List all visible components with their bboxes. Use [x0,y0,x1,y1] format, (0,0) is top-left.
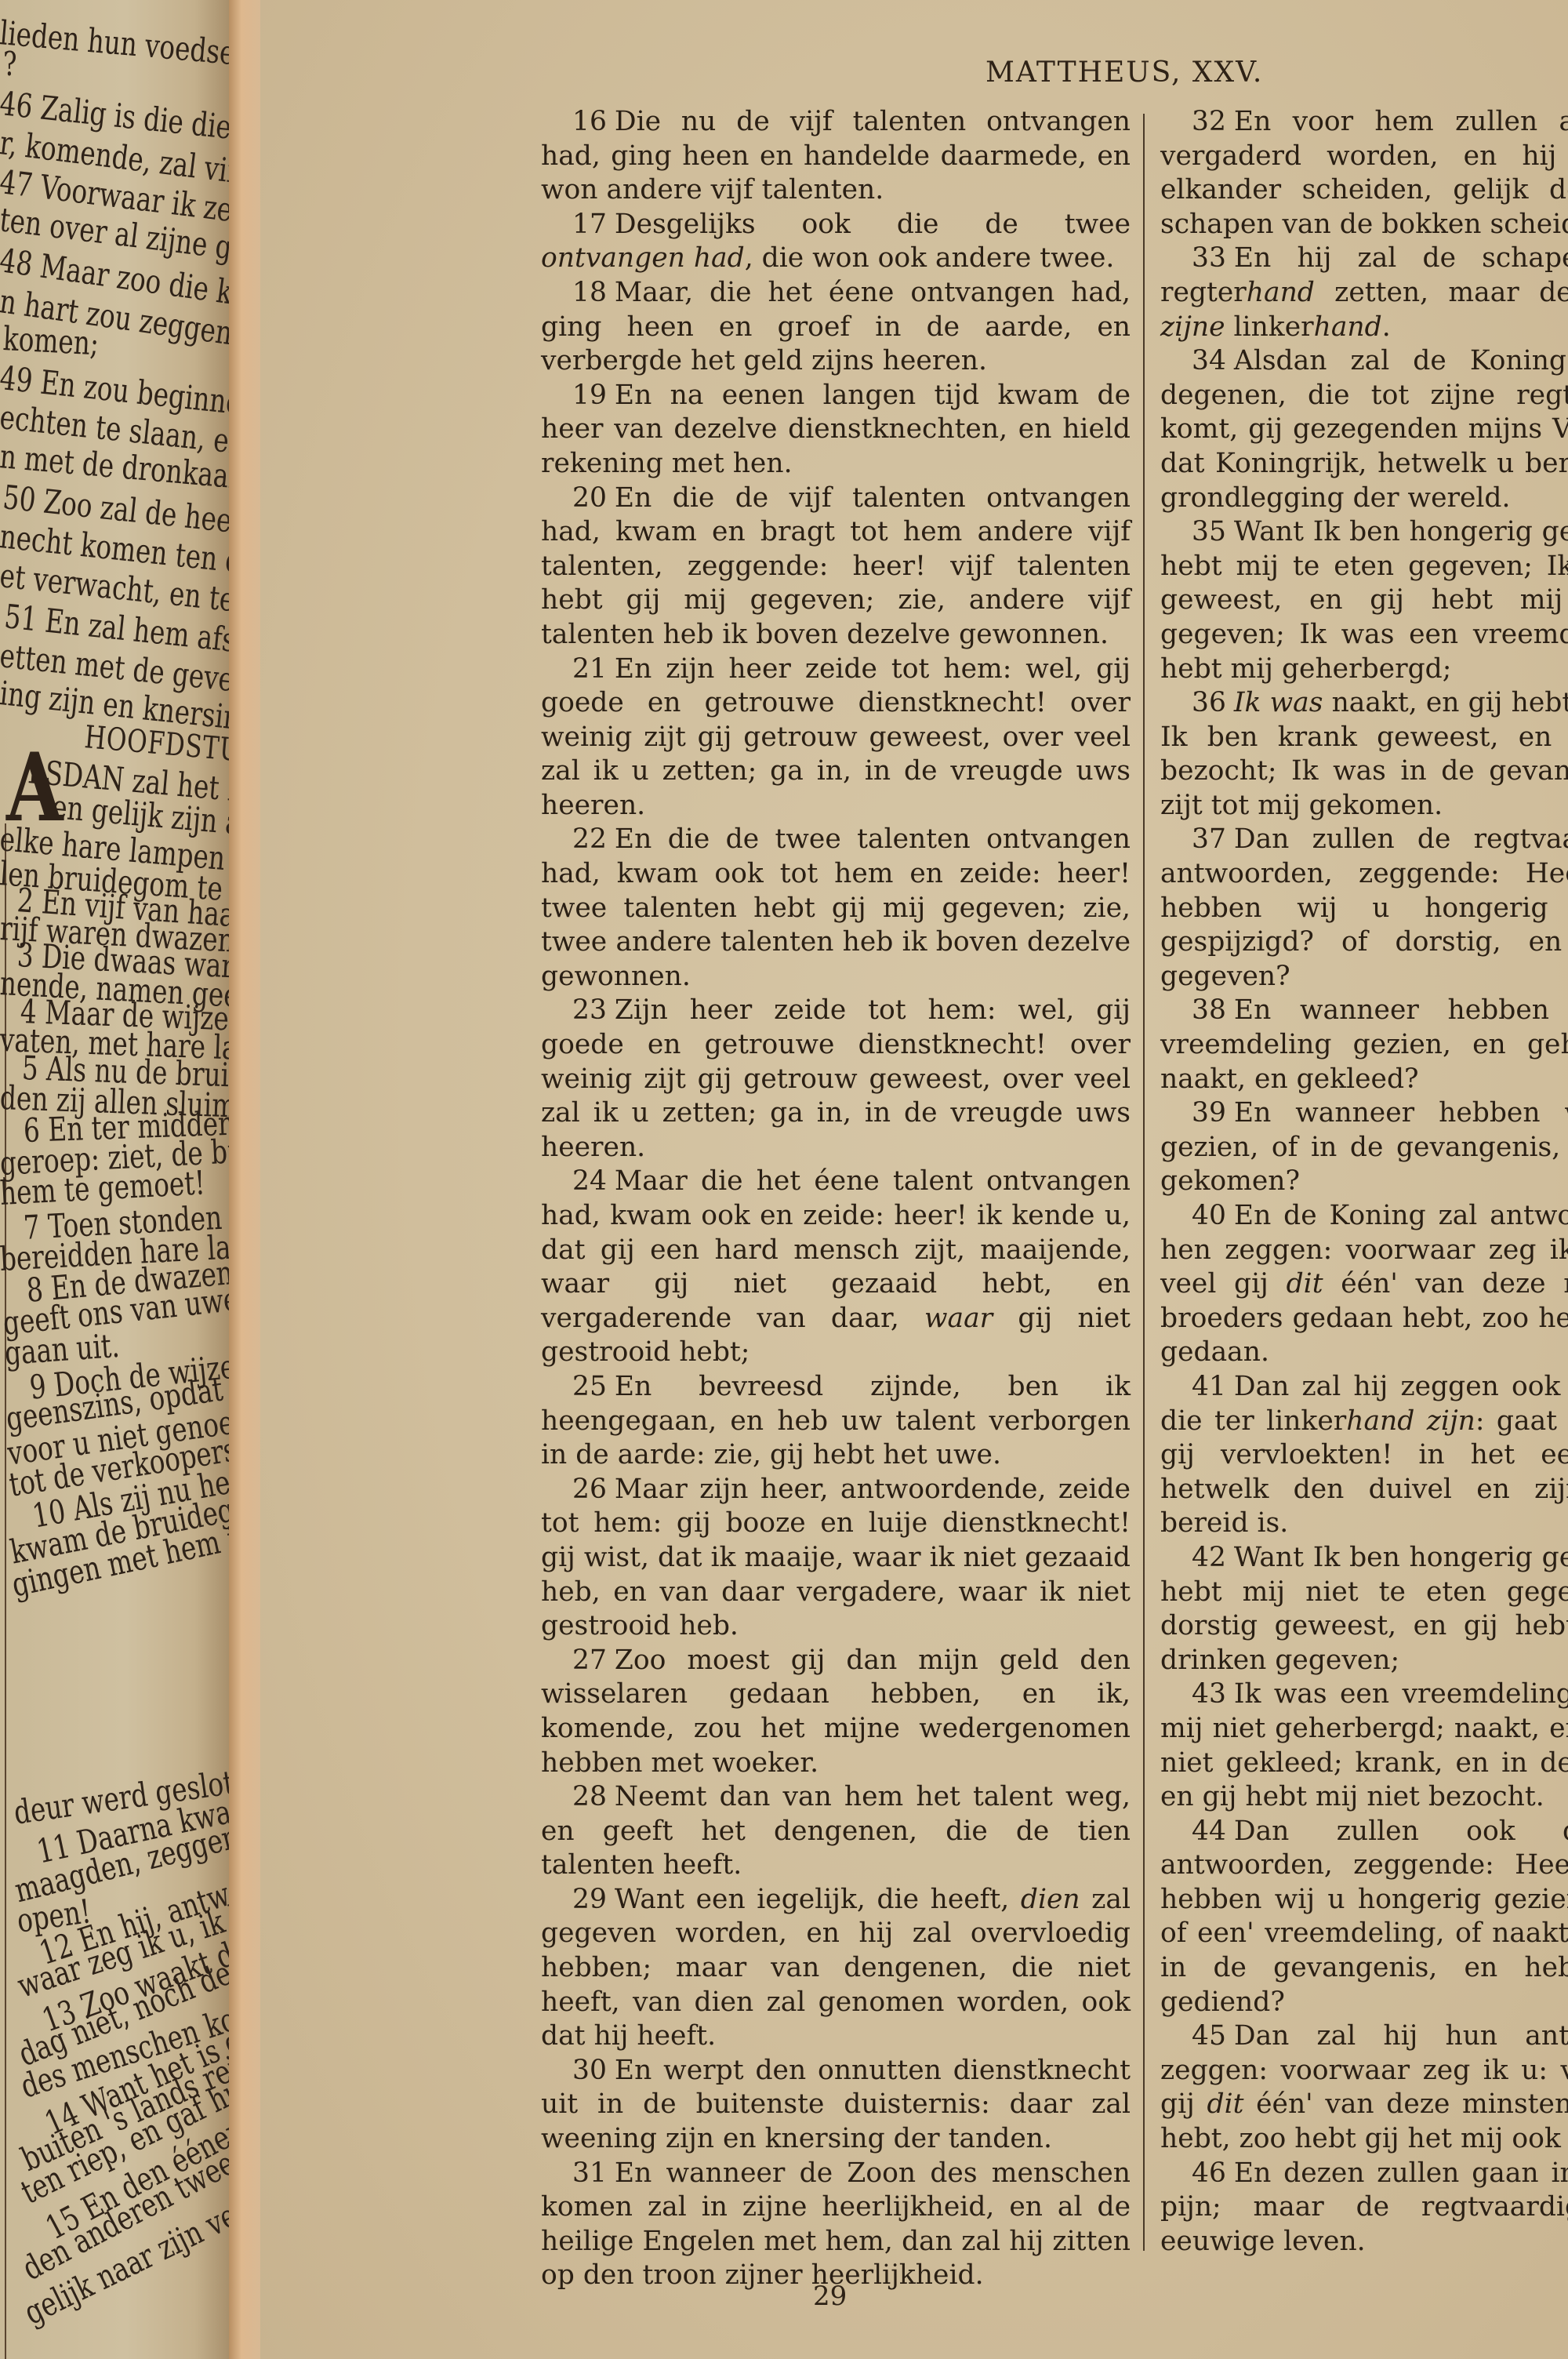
verse-number: 19 [572,380,607,411]
verse-text: Maar die het éene talent ontvangen had, … [541,1165,1131,1368]
previous-page-line: lieden hun voedsel te geven te [0,16,229,85]
verse-number: 38 [1192,994,1226,1026]
verse-number: 29 [572,1884,607,1915]
verse-text: En zijn heer zeide tot hem: wel, gij goe… [541,653,1131,821]
verse-20: 20En die de vijf talenten ontvangen had,… [541,482,1131,652]
main-page: MATTHEUS, XXV. 16Die nu de vijf talenten… [260,0,1568,2359]
verse-number: 24 [572,1165,607,1197]
verse-number: 33 [1192,242,1226,274]
verse-text: Zoo moest gij dan mijn geld den wisselar… [541,1645,1131,1779]
verse-40: 40En de Koning zal antwoorden en tot hen… [1160,1199,1568,1370]
verse-31: 31En wanneer de Zoon des menschen komen … [541,2157,1131,2293]
verse-30: 30En werpt den onnutten dienstknecht uit… [541,2054,1131,2157]
verse-18: 18Maar, die het éene ontvangen had, ging… [541,276,1131,379]
column-divider [1143,114,1145,2251]
verse-number: 31 [572,2157,607,2189]
verse-19: 19En na eenen langen tijd kwam de heer v… [541,379,1131,482]
verse-number: 34 [1192,345,1226,376]
verse-number: 42 [1192,1542,1226,1573]
verse-number: 27 [572,1645,607,1676]
verse-text: Maar, die het éene ontvangen had, ging h… [541,277,1131,376]
verse-44: 44Dan zullen ook dezen hem antwoorden, z… [1160,1815,1568,2020]
previous-page-line: ? [3,47,17,82]
verse-number: 40 [1192,1200,1226,1231]
verse-28: 28Neemt dan van hem het talent weg, en g… [541,1780,1131,1883]
verse-number: 26 [572,1474,607,1505]
verse-text: En na eenen langen tijd kwam de heer van… [541,380,1131,479]
verse-35: 35Want Ik ben hongerig geweest, en gij h… [1160,515,1568,686]
verse-text: En bevreesd zijnde, ben ik heengegaan, e… [541,1371,1131,1470]
verse-23: 23Zijn heer zeide tot hem: wel, gij goed… [541,994,1131,1165]
verse-39: 39En wanneer hebben wij u krank gezien, … [1160,1096,1568,1199]
page-number: 29 [813,2281,847,2312]
verse-number: 22 [572,823,607,855]
verse-number: 20 [572,482,607,514]
verse-24: 24Maar die het éene talent ontvangen had… [541,1165,1131,1370]
verse-36: 36Ik was naakt, en gij hebt mij gekleed;… [1160,686,1568,823]
book-gutter [229,0,260,2359]
verse-32: 32En voor hem zullen al de volken vergad… [1160,105,1568,242]
verse-number: 37 [1192,823,1226,855]
verse-number: 41 [1192,1371,1226,1402]
previous-page-strip: lieden hun voedsel te geven te?46 Zalig … [0,0,229,2359]
verse-number: 43 [1192,1678,1226,1710]
verse-text: En wanneer de Zoon des menschen komen za… [541,2157,1131,2292]
verse-text: En werpt den onnutten dienstknecht uit i… [541,2055,1131,2154]
verse-text: Zijn heer zeide tot hem: wel, gij goede … [541,994,1131,1162]
verse-25: 25En bevreesd zijnde, ben ik heengegaan,… [541,1370,1131,1473]
verse-37: 37Dan zullen de regtvaardigen hem antwoo… [1160,823,1568,994]
verse-text: Maar zijn heer, antwoordende, zeide tot … [541,1474,1131,1641]
verse-number: 36 [1192,687,1226,718]
verse-number: 25 [572,1371,607,1402]
verse-text: Neemt dan van hem het talent weg, en gee… [541,1781,1131,1881]
verse-number: 18 [572,277,607,308]
previous-page-line: komen; [2,322,100,361]
verse-number: 28 [572,1781,607,1812]
text-column-right: 32En voor hem zullen al de volken vergad… [1160,105,1568,2259]
verse-38: 38En wanneer hebben wij u een' vreemdeli… [1160,994,1568,1096]
verse-number: 16 [572,106,607,137]
verse-41: 41Dan zal hij zeggen ook tot degenen, di… [1160,1370,1568,1541]
verse-text: En die de twee talenten ontvangen had, k… [541,823,1131,991]
verse-42: 42Want Ik ben hongerig geweest, en gij h… [1160,1541,1568,1677]
verse-number: 32 [1192,106,1226,137]
verse-text: Want een iegelijk, die heeft, dien zal g… [541,1884,1131,2052]
verse-text: Desgelijks ook die de twee ontvangen had… [541,209,1131,274]
verse-43: 43Ik was een vreemdeling, en gij hebt mi… [1160,1677,1568,1814]
verse-34: 34Alsdan zal de Koning zeggen tot degene… [1160,344,1568,515]
verse-number: 30 [572,2055,607,2086]
verse-number: 21 [572,653,607,685]
verse-26: 26Maar zijn heer, antwoordende, zeide to… [541,1473,1131,1644]
verse-29: 29Want een iegelijk, die heeft, dien zal… [541,1883,1131,2054]
verse-21: 21En zijn heer zeide tot hem: wel, gij g… [541,652,1131,823]
verse-45: 45Dan zal hij hun antwoorden en zeggen: … [1160,2019,1568,2156]
text-column-left: 16Die nu de vijf talenten ontvangen had,… [541,105,1131,2293]
verse-number: 46 [1192,2157,1226,2189]
verse-33: 33En hij zal de schapen tot zijne regter… [1160,242,1568,344]
verse-16: 16Die nu de vijf talenten ontvangen had,… [541,105,1131,208]
verse-number: 45 [1192,2020,1226,2052]
verse-46: 46En dezen zullen gaan in de eeuwige pij… [1160,2157,1568,2259]
verse-number: 23 [572,994,607,1026]
verse-text: Die nu de vijf talenten ontvangen had, g… [541,106,1131,205]
verse-27: 27Zoo moest gij dan mijn geld den wissel… [541,1644,1131,1780]
verse-number: 35 [1192,516,1226,547]
verse-number: 17 [572,209,607,240]
verse-number: 39 [1192,1097,1226,1129]
verse-22: 22En die de twee talenten ontvangen had,… [541,823,1131,994]
running-head: MATTHEUS, XXV. [985,56,1263,89]
verse-text: En die de vijf talenten ontvangen had, k… [541,482,1131,650]
verse-17: 17Desgelijks ook die de twee ontvangen h… [541,208,1131,276]
verse-number: 44 [1192,1816,1226,1847]
